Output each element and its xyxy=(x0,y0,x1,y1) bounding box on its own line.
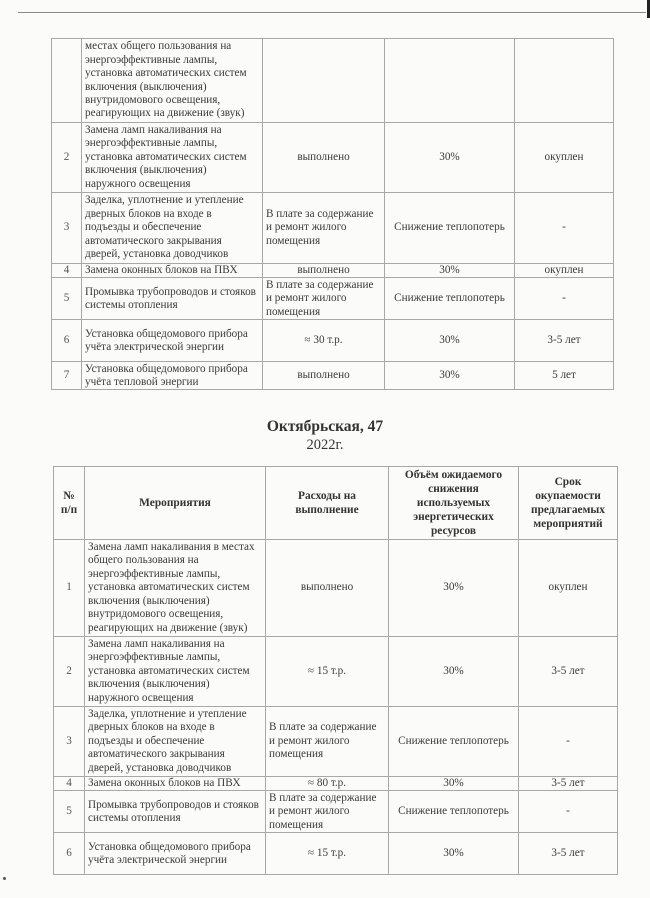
row-number: 2 xyxy=(54,637,85,707)
row-number: 3 xyxy=(52,193,82,264)
table-row: 7 Установка общедомового прибора учёта т… xyxy=(52,362,614,390)
scan-speck xyxy=(3,877,6,880)
section-address-title: Октябрьская, 47 xyxy=(0,418,650,436)
header-number: № п/п xyxy=(54,467,85,540)
reduction-cell: 30% xyxy=(389,833,519,875)
page-top-edge xyxy=(18,12,646,13)
reduction-cell: 30% xyxy=(389,777,519,791)
measures-table-continued: местах общего пользования на энергоэффек… xyxy=(51,38,614,390)
payback-cell xyxy=(515,39,614,123)
reduction-cell: 30% xyxy=(385,362,515,390)
row-number: 3 xyxy=(54,707,85,777)
payback-cell: 3-5 лет xyxy=(515,320,614,362)
reduction-cell: 30% xyxy=(385,320,515,362)
row-number: 2 xyxy=(52,123,82,193)
cost-cell: выполнено xyxy=(263,123,385,193)
header-reduction: Объём ожидаемого снижения используемых э… xyxy=(389,467,519,540)
measure-cell: Промывка трубопроводов и стояков системы… xyxy=(85,791,266,833)
measure-cell: Заделка, уплотнение и утепление дверных … xyxy=(85,707,266,777)
reduction-cell: 30% xyxy=(389,637,519,707)
reduction-cell: Снижение теплопотерь xyxy=(389,791,519,833)
table-row: 5 Промывка трубопроводов и стояков систе… xyxy=(52,278,614,320)
table-row: 6 Установка общедомового прибора учёта э… xyxy=(54,833,618,875)
payback-cell: 5 лет xyxy=(515,362,614,390)
payback-cell: 3-5 лет xyxy=(519,833,618,875)
measures-table-oktyabrskaya-47: № п/п Мероприятия Расходы на выполнение … xyxy=(53,466,618,875)
payback-cell: 3-5 лет xyxy=(519,777,618,791)
measure-cell: Заделка, уплотнение и утепление дверных … xyxy=(82,193,263,264)
reduction-cell: 30% xyxy=(385,264,515,278)
measure-cell: Установка общедомового прибора учёта эле… xyxy=(85,833,266,875)
table-row: 2 Замена ламп накаливания на энергоэффек… xyxy=(52,123,614,193)
row-number: 5 xyxy=(52,278,82,320)
row-number: 6 xyxy=(52,320,82,362)
measure-cell: Замена ламп накаливания на энергоэффекти… xyxy=(82,123,263,193)
cost-cell: В плате за содержание и ремонт жилого по… xyxy=(266,791,389,833)
payback-cell: окуплен xyxy=(519,540,618,637)
table-row: 2 Замена ламп накаливания на энергоэффек… xyxy=(54,637,618,707)
section-year: 2022г. xyxy=(0,437,650,454)
reduction-cell: Снижение теплопотерь xyxy=(389,707,519,777)
cost-cell: выполнено xyxy=(263,362,385,390)
header-cost: Расходы на выполнение xyxy=(266,467,389,540)
table-row: 3 Заделка, уплотнение и утепление дверны… xyxy=(52,193,614,264)
payback-cell: 3-5 лет xyxy=(519,637,618,707)
row-number: 4 xyxy=(54,777,85,791)
measure-cell: местах общего пользования на энергоэффек… xyxy=(82,39,263,123)
payback-cell: - xyxy=(519,791,618,833)
measure-cell: Замена оконных блоков на ПВХ xyxy=(85,777,266,791)
table-row: 4 Замена оконных блоков на ПВХ выполнено… xyxy=(52,264,614,278)
row-number: 6 xyxy=(54,833,85,875)
cost-cell: В плате за содержание и ремонт жилого по… xyxy=(266,707,389,777)
reduction-cell: 30% xyxy=(389,540,519,637)
payback-cell: - xyxy=(515,278,614,320)
measure-cell: Установка общедомового прибора учёта эле… xyxy=(82,320,263,362)
measure-cell: Замена ламп накаливания на энергоэффекти… xyxy=(85,637,266,707)
cost-cell: В плате за содержание и ремонт жилого по… xyxy=(263,278,385,320)
cost-cell: ≈ 80 т.р. xyxy=(266,777,389,791)
payback-cell: - xyxy=(515,193,614,264)
reduction-cell: 30% xyxy=(385,123,515,193)
table-row: 6 Установка общедомового прибора учёта э… xyxy=(52,320,614,362)
reduction-cell: Снижение теплопотерь xyxy=(385,278,515,320)
row-number: 7 xyxy=(52,362,82,390)
header-measure: Мероприятия xyxy=(85,467,266,540)
row-number: 5 xyxy=(54,791,85,833)
row-number: 4 xyxy=(52,264,82,278)
measure-cell: Установка общедомового прибора учёта теп… xyxy=(82,362,263,390)
payback-cell: окуплен xyxy=(515,123,614,193)
table-header-row: № п/п Мероприятия Расходы на выполнение … xyxy=(54,467,618,540)
cost-cell: выполнено xyxy=(263,264,385,278)
measure-cell: Замена оконных блоков на ПВХ xyxy=(82,264,263,278)
measure-cell: Замена ламп накаливания в местах общего … xyxy=(85,540,266,637)
cost-cell: ≈ 15 т.р. xyxy=(266,833,389,875)
table-row: местах общего пользования на энергоэффек… xyxy=(52,39,614,123)
reduction-cell xyxy=(385,39,515,123)
row-number: 1 xyxy=(54,540,85,637)
measure-cell: Промывка трубопроводов и стояков системы… xyxy=(82,278,263,320)
cost-cell: ≈ 30 т.р. xyxy=(263,320,385,362)
table-row: 3 Заделка, уплотнение и утепление дверны… xyxy=(54,707,618,777)
table-row: 5 Промывка трубопроводов и стояков систе… xyxy=(54,791,618,833)
row-number xyxy=(52,39,82,123)
cost-cell: В плате за содержание и ремонт жилого по… xyxy=(263,193,385,264)
table-row: 4 Замена оконных блоков на ПВХ ≈ 80 т.р.… xyxy=(54,777,618,791)
cost-cell: выполнено xyxy=(266,540,389,637)
reduction-cell: Снижение теплопотерь xyxy=(385,193,515,264)
cost-cell: ≈ 15 т.р. xyxy=(266,637,389,707)
header-payback: Срок окупаемости предлагаемых мероприяти… xyxy=(519,467,618,540)
table-row: 1 Замена ламп накаливания в местах общег… xyxy=(54,540,618,637)
cost-cell xyxy=(263,39,385,123)
payback-cell: - xyxy=(519,707,618,777)
payback-cell: окуплен xyxy=(515,264,614,278)
